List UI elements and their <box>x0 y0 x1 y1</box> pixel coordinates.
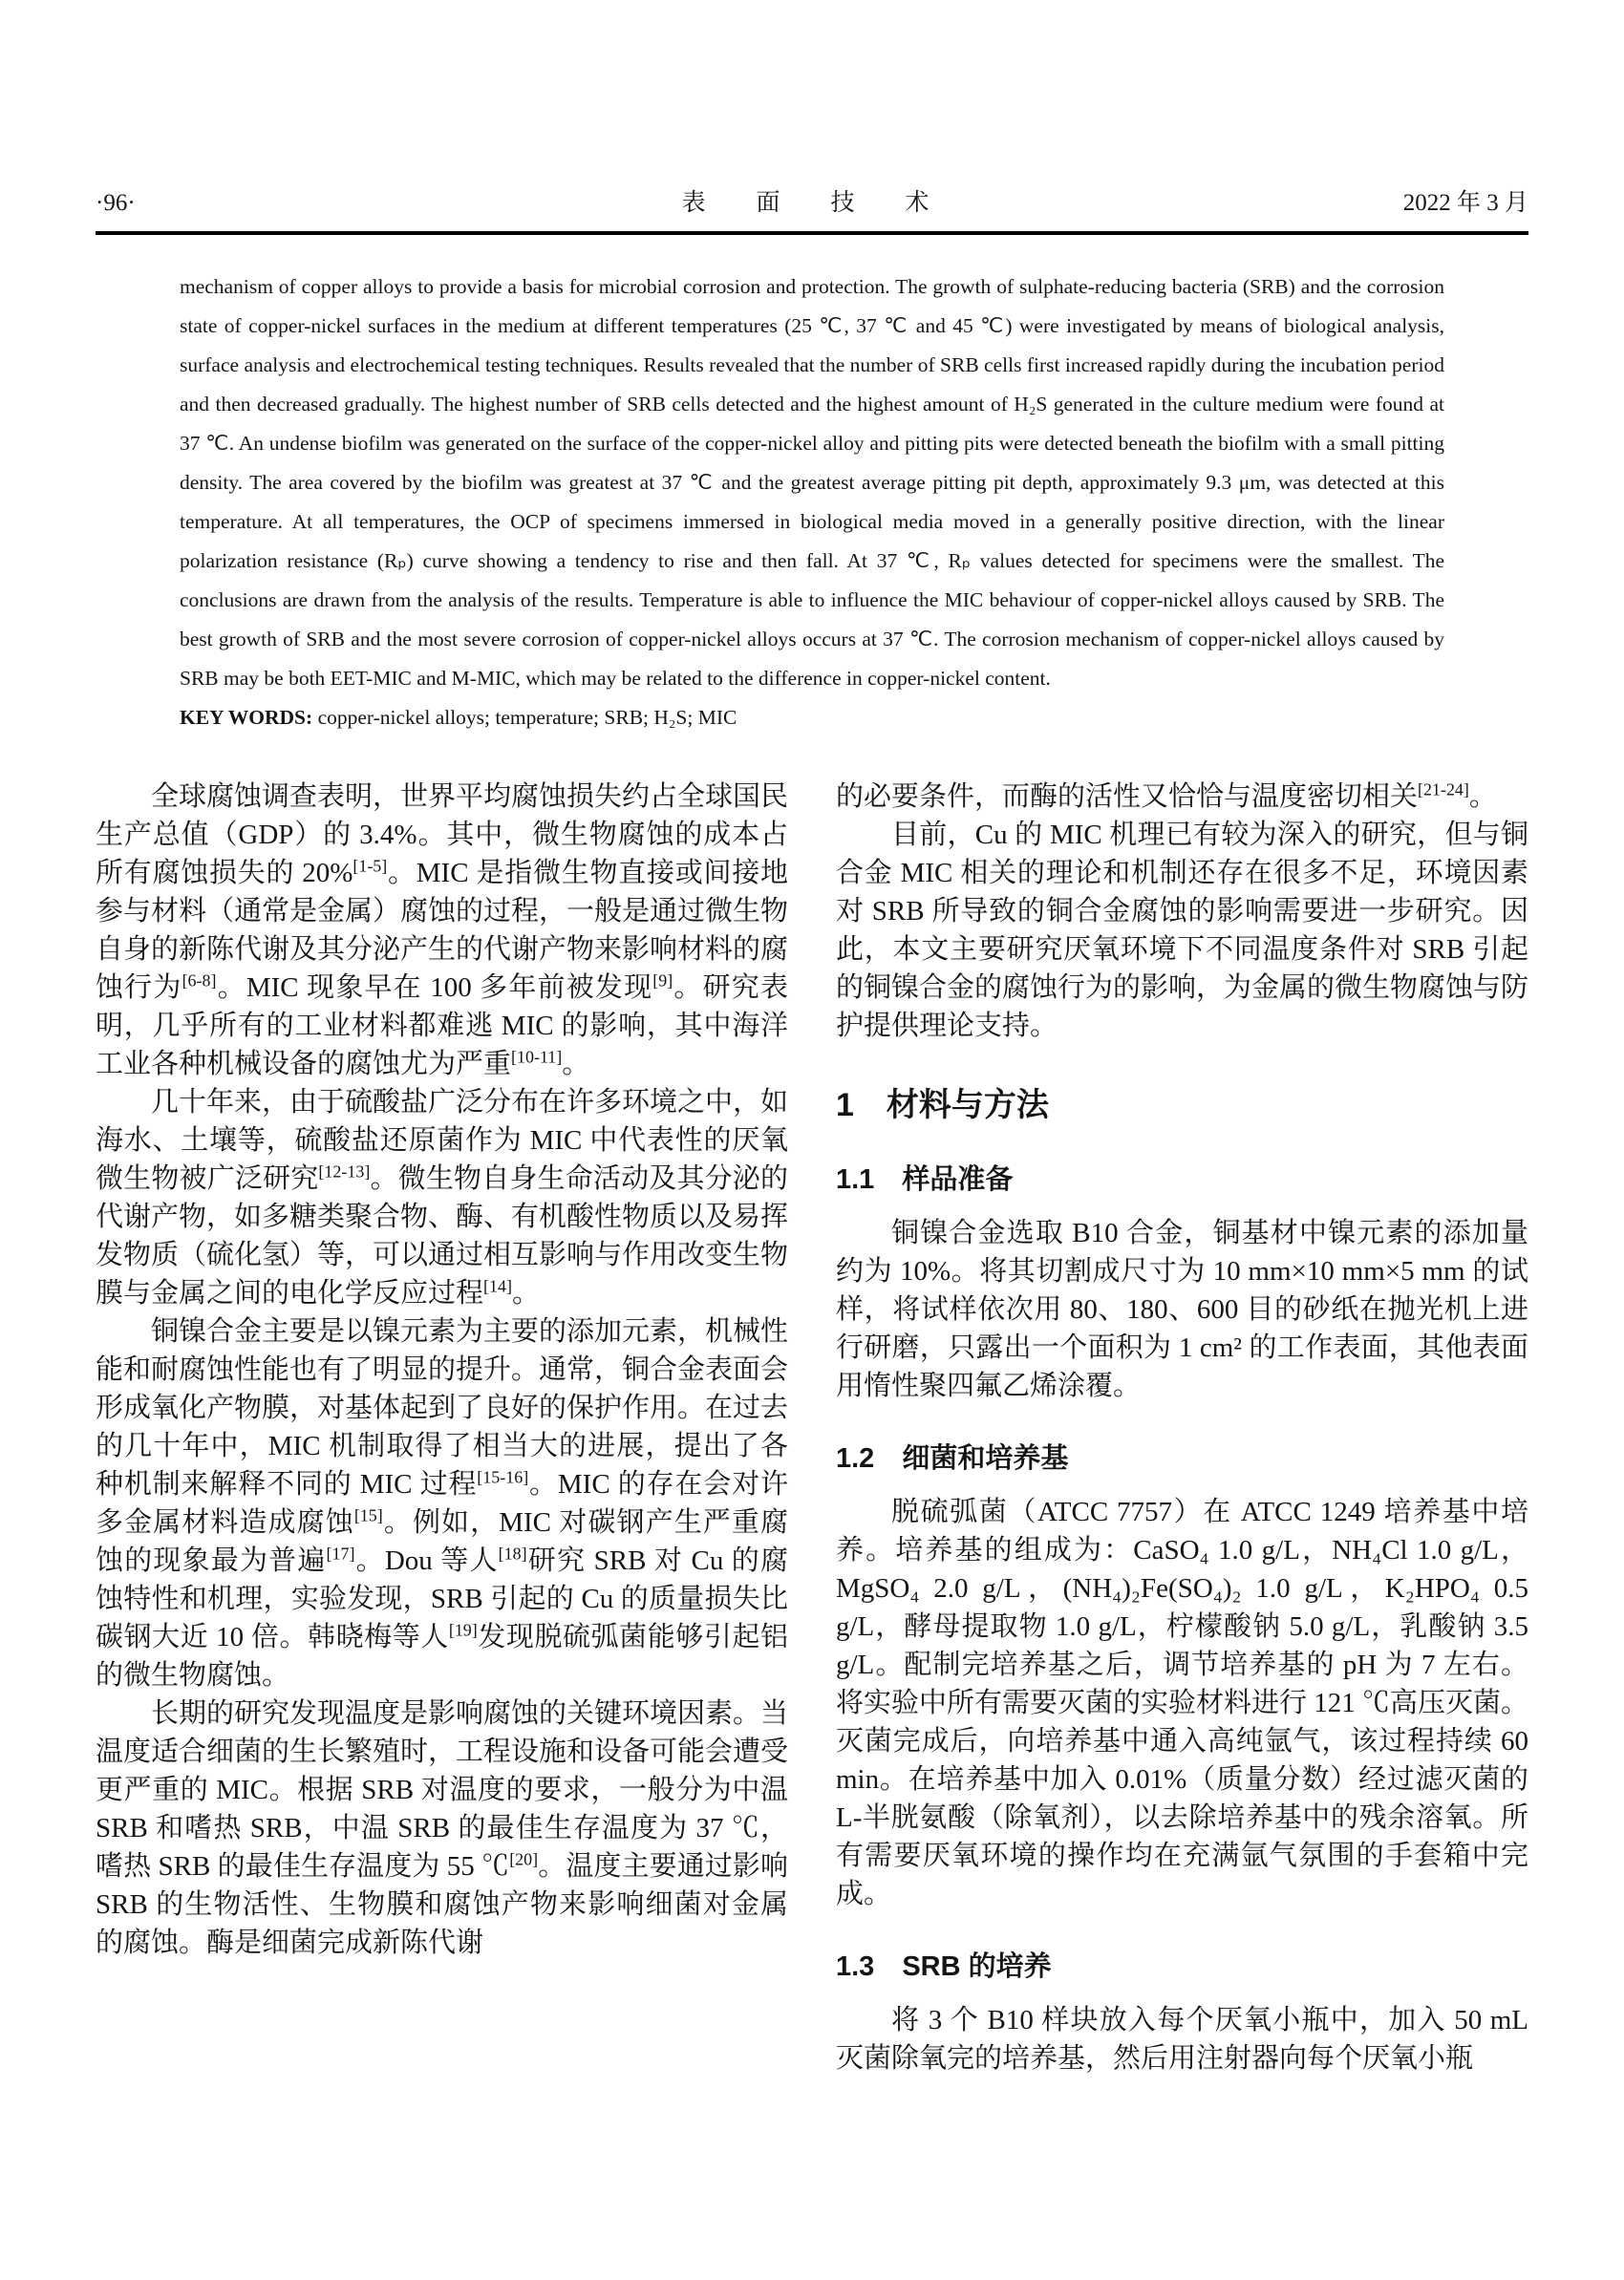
abstract-text: mechanism of copper alloys to provide a … <box>180 267 1444 698</box>
body-columns: 全球腐蚀调查表明，世界平均腐蚀损失约占全球国民生产总值（GDP）的 3.4%。其… <box>96 778 1528 2078</box>
subsection-heading-1-1: 1.1 样品准备 <box>836 1162 1528 1197</box>
paragraph: 目前，Cu 的 MIC 机理已有较为深入的研究，但与铜合金 MIC 相关的理论和… <box>836 816 1528 1045</box>
issue-date: 2022 年 3 月 <box>1280 183 1528 218</box>
paragraph: 铜镍合金选取 B10 合金，铜基材中镍元素的添加量约为 10%。将其切割成尺寸为… <box>836 1214 1528 1405</box>
paragraph: 几十年来，由于硫酸盐广泛分布在许多环境之中，如海水、土壤等，硫酸盐还原菌作为 M… <box>96 1083 788 1312</box>
abstract-section: mechanism of copper alloys to provide a … <box>180 267 1444 737</box>
keywords-label: KEY WORDS: <box>180 706 312 729</box>
paragraph: 铜镍合金主要是以镍元素为主要的添加元素，机械性能和耐腐蚀性能也有了明显的提升。通… <box>96 1312 788 1694</box>
paragraph: 的必要条件，而酶的活性又恰恰与温度密切相关[21-24]。 <box>836 778 1528 816</box>
paragraph: 将 3 个 B10 样块放入每个厌氧小瓶中，加入 50 mL 灭菌除氧完的培养基… <box>836 2001 1528 2078</box>
page-header: ·96· 表 面 技 术 2022 年 3 月 <box>96 0 1528 218</box>
paragraph: 脱硫弧菌（ATCC 7757）在 ATCC 1249 培养基中培养。培养基的组成… <box>836 1493 1528 1913</box>
paragraph: 长期的研究发现温度是影响腐蚀的关键环境因素。当温度适合细菌的生长繁殖时，工程设施… <box>96 1694 788 1962</box>
right-column: 的必要条件，而酶的活性又恰恰与温度密切相关[21-24]。 目前，Cu 的 MI… <box>836 778 1528 2078</box>
journal-title: 表 面 技 术 <box>344 183 1280 218</box>
journal-page: ·96· 表 面 技 术 2022 年 3 月 mechanism of cop… <box>0 0 1624 2280</box>
header-rule <box>96 231 1528 235</box>
section-heading-1: 1 材料与方法 <box>836 1085 1528 1126</box>
paragraph: 全球腐蚀调查表明，世界平均腐蚀损失约占全球国民生产总值（GDP）的 3.4%。其… <box>96 778 788 1083</box>
subsection-heading-1-2: 1.2 细菌和培养基 <box>836 1441 1528 1476</box>
subsection-heading-1-3: 1.3 SRB 的培养 <box>836 1950 1528 1984</box>
keywords-line: KEY WORDS: copper-nickel alloys; tempera… <box>180 698 1444 737</box>
left-column: 全球腐蚀调查表明，世界平均腐蚀损失约占全球国民生产总值（GDP）的 3.4%。其… <box>96 778 788 2078</box>
page-number: ·96· <box>96 190 344 217</box>
keywords-text: copper-nickel alloys; temperature; SRB; … <box>312 706 737 729</box>
